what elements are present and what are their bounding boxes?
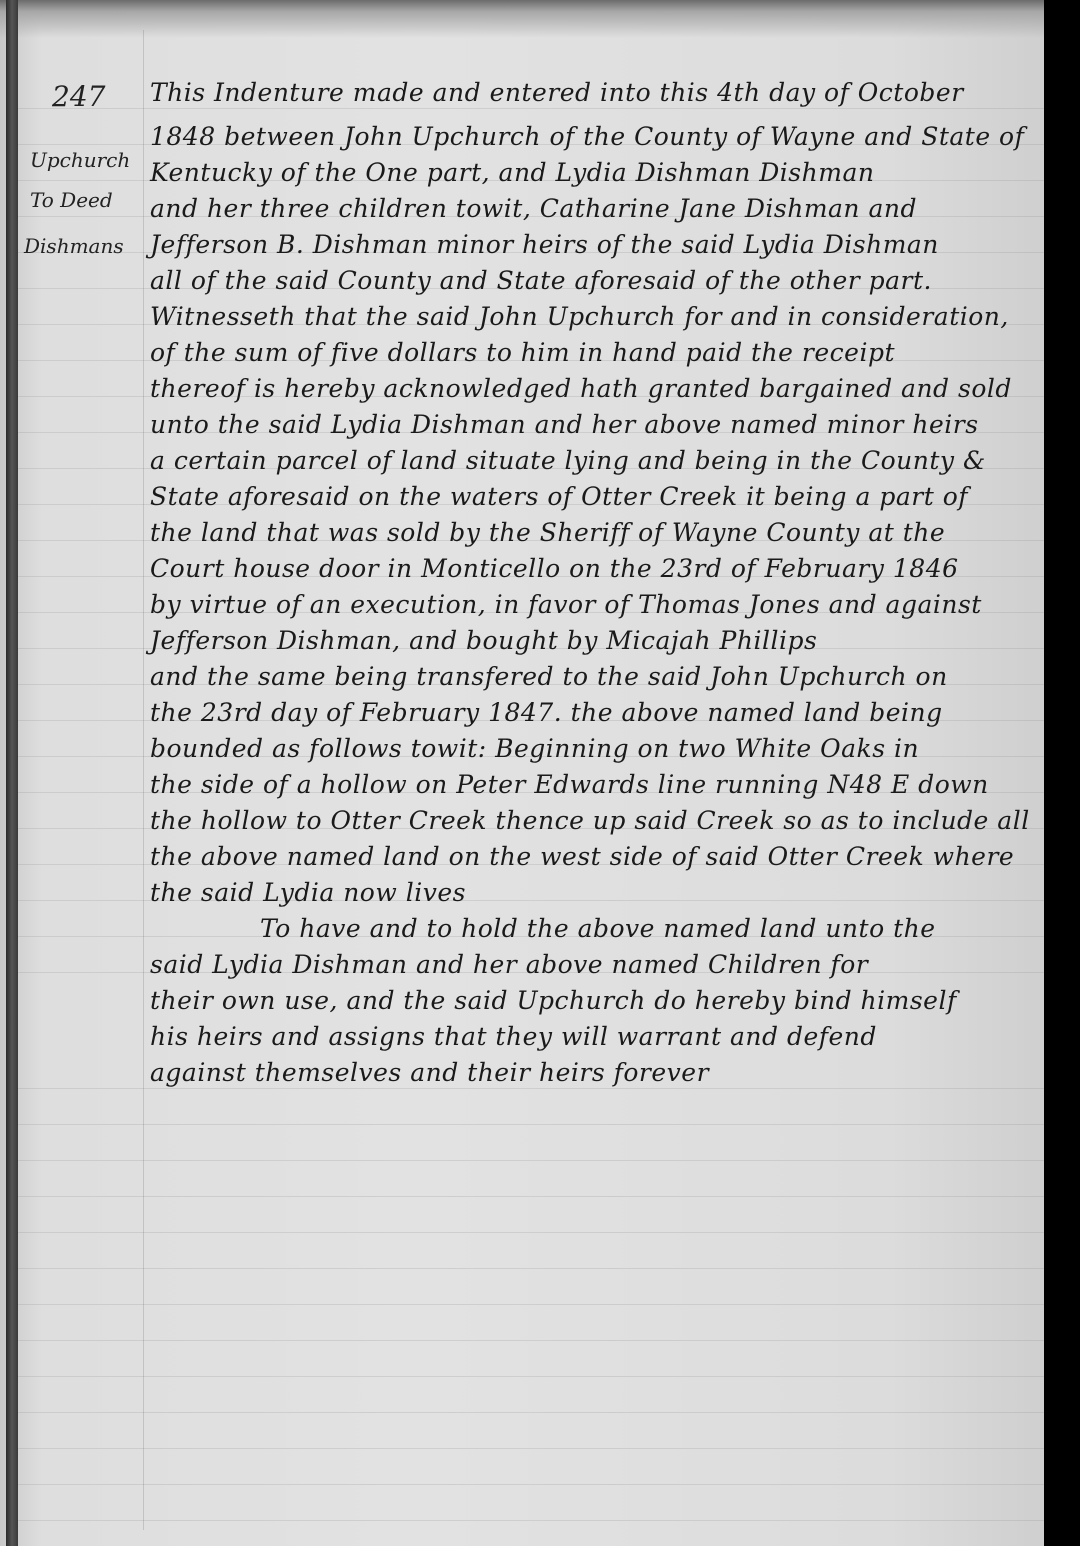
deed-lower-section bbox=[0, 0, 1044, 1546]
scan-right-edge bbox=[1044, 0, 1080, 1546]
